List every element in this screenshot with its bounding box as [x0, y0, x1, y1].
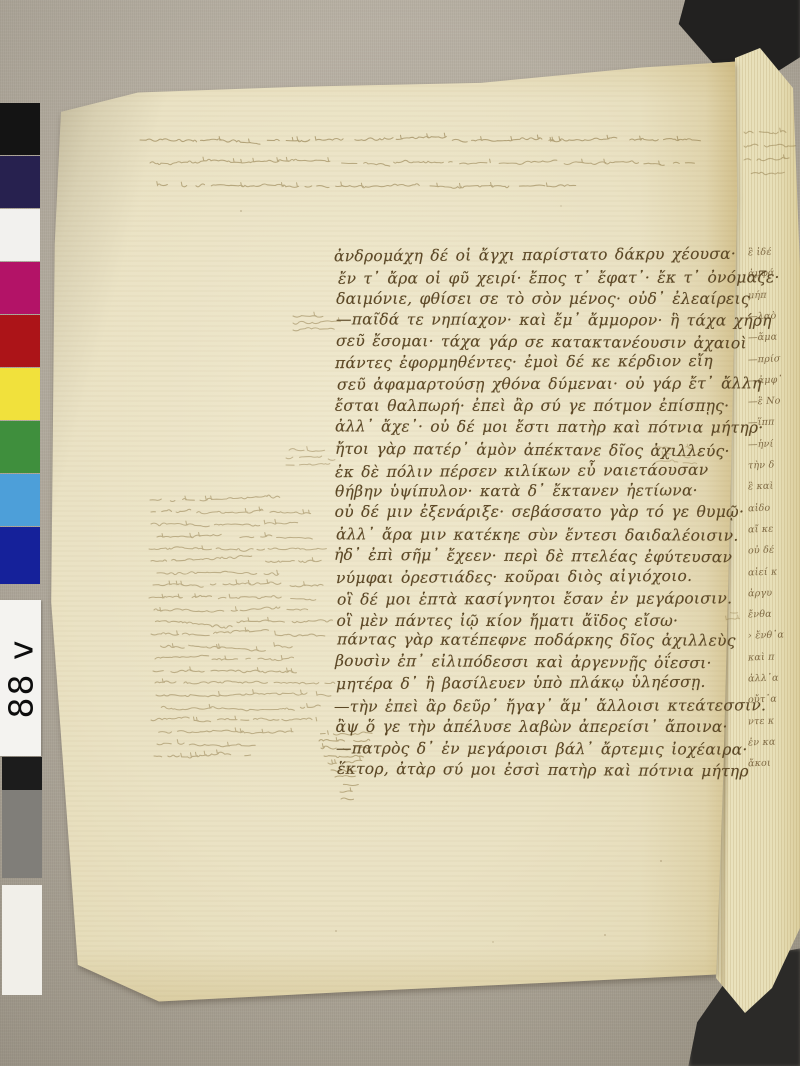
- scholia-squiggle-line: [151, 714, 320, 726]
- parchment-speck: [660, 860, 662, 862]
- scholia-squiggle-line: [155, 677, 336, 689]
- scholia-squiggle-line: [744, 168, 789, 180]
- scholia-squiggle-line: [151, 616, 334, 628]
- parchment-surface: [40, 52, 740, 1017]
- scholia-squiggle-line: [722, 614, 741, 626]
- scholia-squiggle-line: [151, 628, 327, 640]
- scholia-squiggle-line: [153, 726, 301, 738]
- scholia-squiggle-line: [151, 518, 299, 530]
- color-patch: [0, 262, 40, 314]
- scholia-squiggle-line: [157, 531, 315, 543]
- scholia-squiggle-line: [155, 653, 295, 665]
- color-patch: [0, 209, 40, 261]
- scholia-squiggle-line: [744, 126, 788, 138]
- scholia-squiggle-line: [154, 750, 252, 762]
- color-patch: [0, 421, 40, 473]
- color-patch: [0, 156, 40, 208]
- scholia-squiggle-line: [156, 689, 334, 701]
- parchment-speck: [560, 205, 562, 207]
- scholia-squiggle-line: [293, 324, 336, 336]
- scholia-squiggle-line: [151, 506, 316, 518]
- grayscale-patch: [2, 885, 42, 995]
- color-patch: [0, 527, 40, 584]
- folio-label: 88 v: [0, 600, 41, 756]
- scholia-squiggle-line: [151, 555, 320, 567]
- scholia-squiggle-line: [149, 592, 319, 604]
- folio-label-text: 88 v: [1, 638, 40, 718]
- scholia-squiggle-line: [341, 793, 351, 805]
- parchment-speck: [604, 934, 606, 936]
- scholia-squiggle-line: [154, 604, 309, 616]
- grayscale-patch: [2, 757, 42, 790]
- scholia-squiggle-line: [155, 701, 320, 713]
- parchment-speck: [335, 930, 337, 932]
- scholia-squiggle-line: [150, 157, 694, 169]
- scholia-squiggle-line: [150, 494, 286, 506]
- scholia-squiggle-line: [155, 640, 296, 652]
- scholia-squiggle-line: [744, 154, 793, 166]
- scholia-squiggle-line: [656, 456, 699, 468]
- parchment-speck: [240, 210, 242, 212]
- manuscript-photo: ἓ ἰδέἀμφάμήπ—λαὸ—ἅμα—πρίσ—ἀμφ᾽—ἓ Νο—ἵππ—…: [0, 0, 800, 1066]
- grayscale-patch: [2, 790, 42, 878]
- scholia-squiggle-line: [157, 738, 257, 750]
- scholia-squiggle-line: [149, 543, 324, 555]
- scholia-squiggle-line: [744, 140, 797, 152]
- color-patch: [0, 368, 40, 420]
- parchment-speck: [492, 941, 494, 943]
- scholia-squiggle-line: [153, 180, 577, 192]
- color-patch: [0, 103, 40, 155]
- scholia-squiggle-line: [140, 134, 700, 146]
- scholia-squiggle-line: [153, 665, 304, 677]
- color-patch: [0, 474, 40, 526]
- scholia-squiggle-line: [153, 579, 329, 591]
- scholia-squiggle-line: [286, 459, 331, 471]
- scholia-squiggle-line: [157, 567, 293, 579]
- color-patch: [0, 315, 40, 367]
- manuscript-page: [40, 52, 740, 1017]
